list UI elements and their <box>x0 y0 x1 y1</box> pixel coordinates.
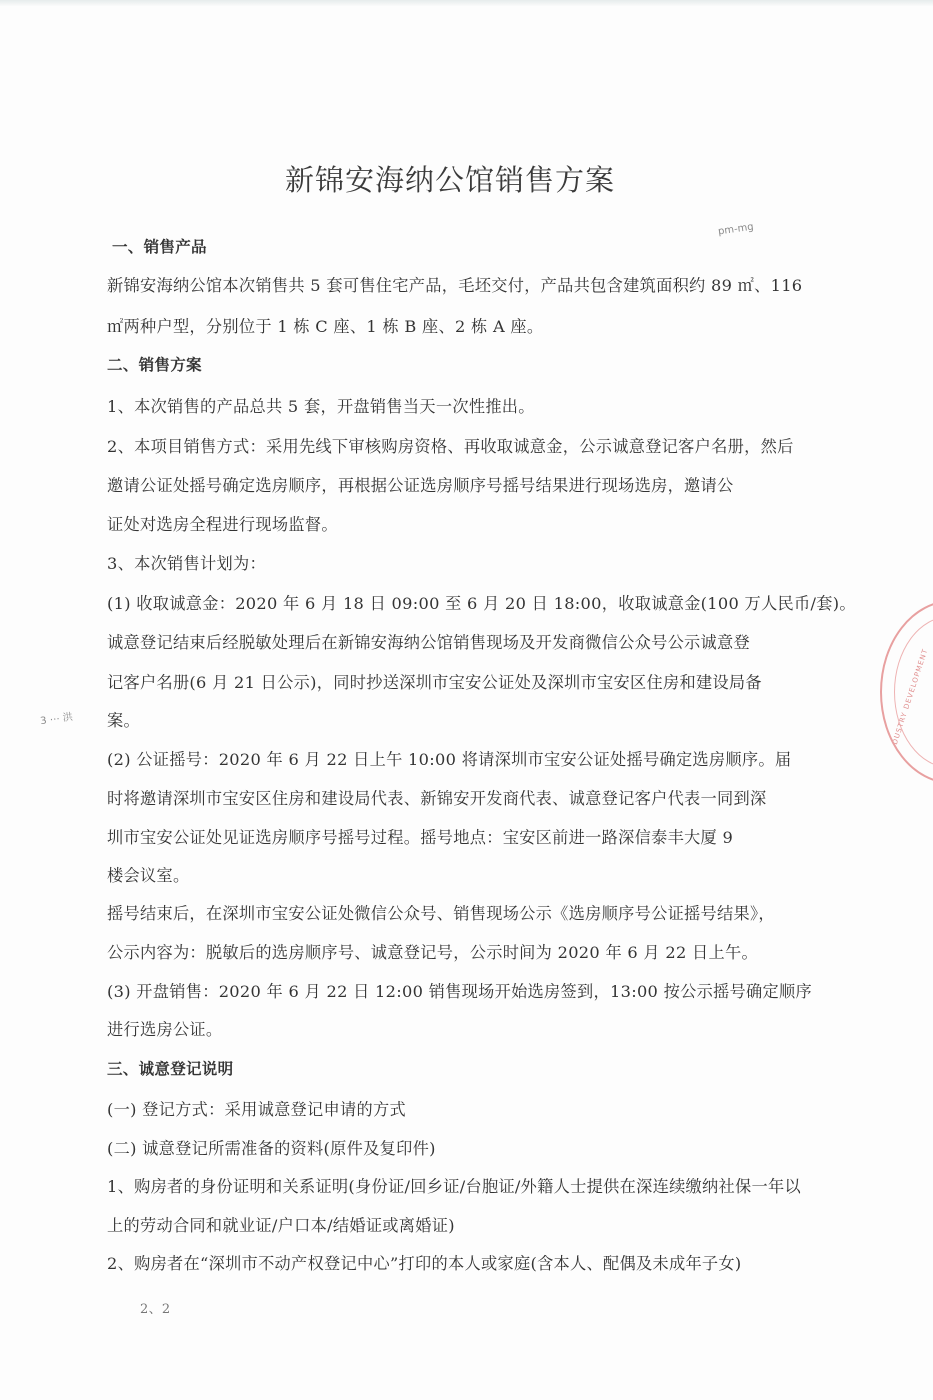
paragraph-line: 邀请公证处摇号确定选房顺序，再根据公证选房顺序号摇号结果进行现场选房，邀请公 <box>107 472 734 496</box>
scan-noise: pm-mg <box>717 222 754 238</box>
paragraph-line: 公示内容为：脱敏后的选房顺序号、诚意登记号，公示时间为 2020 年 6 月 2… <box>107 939 758 963</box>
paragraph-line: 3、本次销售计划为： <box>107 550 266 574</box>
section-heading-2: 二、销售方案 <box>107 353 202 375</box>
paragraph-line: 1、本次销售的产品总共 5 套，开盘销售当天一次性推出。 <box>107 393 535 417</box>
scanned-document-page: 新锦安海纳公馆销售方案 一、销售产品 新锦安海纳公馆本次销售共 5 套可售住宅产… <box>0 0 933 1400</box>
paragraph-line: 案。 <box>107 707 140 731</box>
document-title: 新锦安海纳公馆销售方案 <box>285 158 615 199</box>
paragraph-line: 1、购房者的身份证明和关系证明(身份证/回乡证/台胞证/外籍人士提供在深连续缴纳… <box>107 1173 801 1197</box>
paragraph-line: 时将邀请深圳市宝安区住房和建设局代表、新锦安开发商代表、诚意登记客户代表一同到深 <box>107 785 767 809</box>
paragraph-line: 新锦安海纳公馆本次销售共 5 套可售住宅产品，毛坯交付，产品共包含建筑面积约 8… <box>107 272 802 296</box>
paragraph-line: 楼会议室。 <box>107 862 189 886</box>
paragraph-line: 2、购房者在“深圳市不动产权登记中心”打印的本人或家庭(含本人、配偶及未成年子女… <box>107 1250 742 1274</box>
section-heading-3: 三、诚意登记说明 <box>107 1057 233 1079</box>
paragraph-line: 诚意登记结束后经脱敏处理后在新锦安海纳公馆销售现场及开发商微信公众号公示诚意登 <box>107 629 750 653</box>
company-seal-stamp: INDUSTRY DEVELOPMENT <box>880 600 933 784</box>
paragraph-line: 2、本项目销售方式：采用先线下审核购房资格、再收取诚意金，公示诚意登记客户名册，… <box>107 433 794 457</box>
paragraph-line: (1) 收取诚意金：2020 年 6 月 18 日 09:00 至 6 月 20… <box>107 590 856 614</box>
paragraph-line: 记客户名册(6 月 21 日公示)，同时抄送深圳市宝安公证处及深圳市宝安区住房和… <box>107 669 762 693</box>
paragraph-line: 圳市宝安公证处见证选房顺序号摇号过程。摇号地点：宝安区前进一路深信泰丰大厦 9 <box>107 824 733 848</box>
paragraph-line: 上的劳动合同和就业证/户口本/结婚证或离婚证) <box>107 1212 455 1236</box>
paragraph-line: (一) 登记方式：采用诚意登记申请的方式 <box>107 1096 406 1120</box>
paragraph-line: 进行选房公证。 <box>107 1016 222 1040</box>
scan-noise: 3 ⋯ 洪 <box>39 708 74 727</box>
paragraph-line: (2) 公证摇号：2020 年 6 月 22 日上午 10:00 将请深圳市宝安… <box>107 746 791 770</box>
paragraph-line: 摇号结束后，在深圳市宝安公证处微信公众号、销售现场公示《选房顺序号公证摇号结果》… <box>107 900 775 924</box>
paragraph-line: (3) 开盘销售：2020 年 6 月 22 日 12:00 销售现场开始选房签… <box>107 978 812 1002</box>
paragraph-line: ㎡两种户型，分别位于 1 栋 C 座、1 栋 B 座、2 栋 A 座。 <box>107 313 543 337</box>
section-heading-1: 一、销售产品 <box>112 235 207 257</box>
paragraph-line: 证处对选房全程进行现场监督。 <box>107 511 338 535</box>
paragraph-line: (二) 诚意登记所需准备的资料(原件及复印件) <box>107 1135 436 1159</box>
scan-top-edge <box>0 0 933 6</box>
paragraph-line: 2、2 <box>140 1298 170 1317</box>
